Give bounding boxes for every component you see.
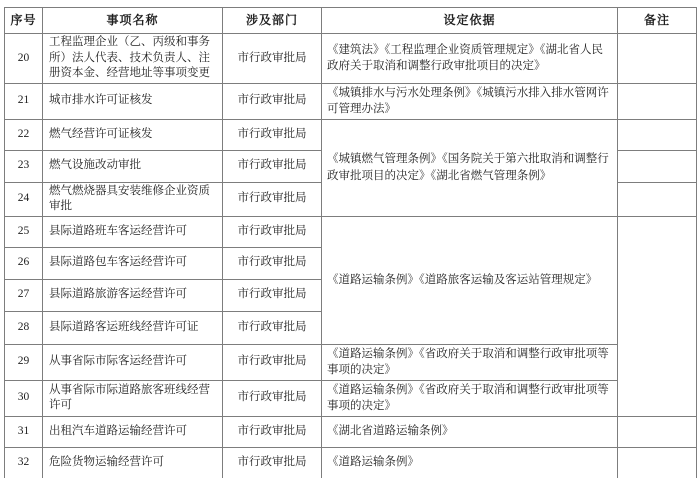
cell-department: 市行政审批局 xyxy=(223,279,322,311)
cell-department: 市行政审批局 xyxy=(223,416,322,447)
cell-remark xyxy=(618,182,697,216)
cell-department: 市行政审批局 xyxy=(223,311,322,344)
cell-serial-number: 26 xyxy=(5,247,43,279)
cell-legal-basis: 《道路运输条例》《省政府关于取消和调整行政审批项等事项的决定》 xyxy=(322,344,618,380)
cell-remark xyxy=(618,216,697,416)
cell-item-name: 从事省际市际客运经营许可 xyxy=(43,344,223,380)
cell-remark xyxy=(618,150,697,182)
table-row: 20工程监理企业（乙、丙级和事务所）法人代表、技术负责人、注册资本金、经营地址等… xyxy=(5,34,697,84)
cell-department: 市行政审批局 xyxy=(223,182,322,216)
cell-remark xyxy=(618,119,697,150)
table-row: 31出租汽车道路运输经营许可市行政审批局《湖北省道路运输条例》 xyxy=(5,416,697,447)
table-row: 30从事省际市际道路旅客班线经营许可市行政审批局《道路运输条例》《省政府关于取消… xyxy=(5,380,697,416)
cell-serial-number: 23 xyxy=(5,150,43,182)
cell-department: 市行政审批局 xyxy=(223,247,322,279)
table-row: 32危险货物运输经营许可市行政审批局《道路运输条例》 xyxy=(5,447,697,478)
table-row: 25县际道路班车客运经营许可市行政审批局《道路运输条例》《道路旅客运输及客运站管… xyxy=(5,216,697,247)
cell-department: 市行政审批局 xyxy=(223,83,322,119)
cell-item-name: 燃气经营许可证核发 xyxy=(43,119,223,150)
cell-item-name: 县际道路包车客运经营许可 xyxy=(43,247,223,279)
cell-department: 市行政审批局 xyxy=(223,447,322,478)
cell-legal-basis: 《城镇燃气管理条例》《国务院关于第六批取消和调整行政审批项目的决定》《湖北省燃气… xyxy=(322,119,618,216)
cell-remark xyxy=(618,34,697,84)
cell-item-name: 城市排水许可证核发 xyxy=(43,83,223,119)
cell-serial-number: 28 xyxy=(5,311,43,344)
cell-department: 市行政审批局 xyxy=(223,344,322,380)
cell-serial-number: 27 xyxy=(5,279,43,311)
cell-department: 市行政审批局 xyxy=(223,380,322,416)
cell-serial-number: 24 xyxy=(5,182,43,216)
cell-item-name: 县际道路客运班线经营许可证 xyxy=(43,311,223,344)
cell-serial-number: 20 xyxy=(5,34,43,84)
cell-department: 市行政审批局 xyxy=(223,216,322,247)
cell-serial-number: 31 xyxy=(5,416,43,447)
table-row: 29从事省际市际客运经营许可市行政审批局《道路运输条例》《省政府关于取消和调整行… xyxy=(5,344,697,380)
column-header-item-name: 事项名称 xyxy=(43,8,223,34)
cell-department: 市行政审批局 xyxy=(223,34,322,84)
cell-legal-basis: 《城镇排水与污水处理条例》《城镇污水排入排水管网许可管理办法》 xyxy=(322,83,618,119)
cell-item-name: 工程监理企业（乙、丙级和事务所）法人代表、技术负责人、注册资本金、经营地址等事项… xyxy=(43,34,223,84)
column-header-department: 涉及部门 xyxy=(223,8,322,34)
table-row: 21城市排水许可证核发市行政审批局《城镇排水与污水处理条例》《城镇污水排入排水管… xyxy=(5,83,697,119)
cell-department: 市行政审批局 xyxy=(223,119,322,150)
cell-item-name: 县际道路班车客运经营许可 xyxy=(43,216,223,247)
cell-remark xyxy=(618,447,697,478)
cell-serial-number: 29 xyxy=(5,344,43,380)
cell-item-name: 燃气燃烧器具安装维修企业资质审批 xyxy=(43,182,223,216)
approval-items-table: 序号 事项名称 涉及部门 设定依据 备注 20工程监理企业（乙、丙级和事务所）法… xyxy=(4,7,697,478)
cell-item-name: 县际道路旅游客运经营许可 xyxy=(43,279,223,311)
cell-legal-basis: 《湖北省道路运输条例》 xyxy=(322,416,618,447)
cell-item-name: 从事省际市际道路旅客班线经营许可 xyxy=(43,380,223,416)
cell-legal-basis: 《道路运输条例》《道路旅客运输及客运站管理规定》 xyxy=(322,216,618,344)
cell-item-name: 燃气设施改动审批 xyxy=(43,150,223,182)
cell-item-name: 危险货物运输经营许可 xyxy=(43,447,223,478)
column-header-remark: 备注 xyxy=(618,8,697,34)
cell-legal-basis: 《道路运输条例》 xyxy=(322,447,618,478)
cell-serial-number: 32 xyxy=(5,447,43,478)
cell-serial-number: 22 xyxy=(5,119,43,150)
column-header-serial: 序号 xyxy=(5,8,43,34)
cell-department: 市行政审批局 xyxy=(223,150,322,182)
document-page: 序号 事项名称 涉及部门 设定依据 备注 20工程监理企业（乙、丙级和事务所）法… xyxy=(0,0,700,478)
column-header-legal-basis: 设定依据 xyxy=(322,8,618,34)
cell-remark xyxy=(618,83,697,119)
cell-item-name: 出租汽车道路运输经营许可 xyxy=(43,416,223,447)
cell-serial-number: 25 xyxy=(5,216,43,247)
table-row: 22燃气经营许可证核发市行政审批局《城镇燃气管理条例》《国务院关于第六批取消和调… xyxy=(5,119,697,150)
header-row: 序号 事项名称 涉及部门 设定依据 备注 xyxy=(5,8,697,34)
cell-serial-number: 21 xyxy=(5,83,43,119)
cell-legal-basis: 《建筑法》《工程监理企业资质管理规定》《湖北省人民政府关于取消和调整行政审批项目… xyxy=(322,34,618,84)
cell-legal-basis: 《道路运输条例》《省政府关于取消和调整行政审批项等事项的决定》 xyxy=(322,380,618,416)
cell-remark xyxy=(618,416,697,447)
cell-serial-number: 30 xyxy=(5,380,43,416)
